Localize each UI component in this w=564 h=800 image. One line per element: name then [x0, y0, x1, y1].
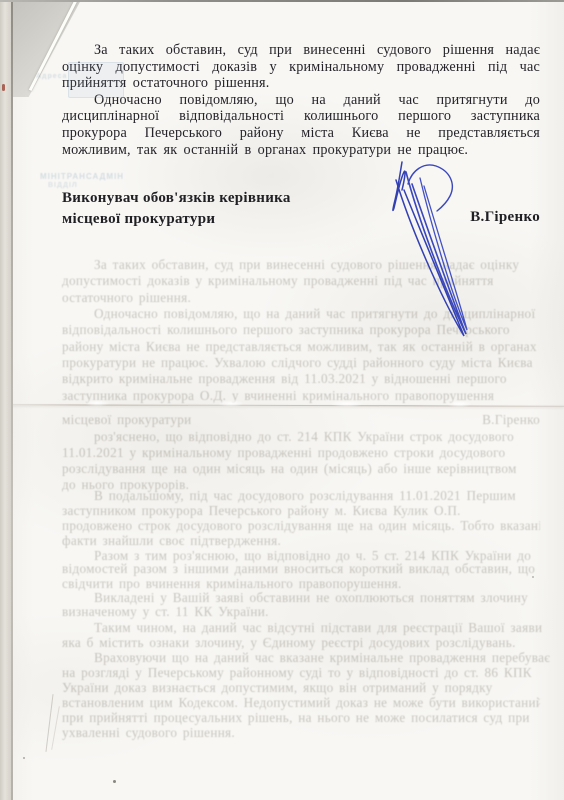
bleedthrough-line: на розгляді у Печерському районному суді… [62, 665, 540, 680]
bleedthrough-line: заступником прокурора Печерського району… [62, 503, 540, 518]
paper-speck [23, 757, 25, 759]
paragraph-2: Одночасно повідомляю, що на даний час пр… [62, 92, 540, 158]
stamp-bleed-box [68, 62, 124, 98]
paper-speck [532, 576, 534, 578]
paper-scratch [51, 706, 60, 750]
bleedthrough-line: свідчити про вчинення кримінального прав… [62, 576, 540, 591]
bleedthrough-line: Таким чином, на даний час відсутні підст… [62, 620, 564, 635]
scan-left-edge [0, 0, 11, 800]
stamp-bleed-text: Адреса [36, 73, 67, 80]
bleedthrough-line: Враховуючи що на даний час вказане кримі… [62, 650, 564, 665]
bleedthrough-line: прокуратури не працює. Ухвалою слідчого … [62, 355, 540, 370]
paper-speck [113, 780, 116, 783]
scan-top-edge [0, 0, 564, 2]
fold-highlight [218, 400, 244, 407]
bleedthrough-line: В подальшому, під час досудового розслід… [62, 488, 564, 503]
fold-highlight [84, 399, 110, 406]
red-ink-speck [2, 84, 5, 91]
bleedthrough-line: Разом з тим роз'яснюю, що відповідно до … [62, 548, 564, 563]
bleedthrough-line: продовжено строк досудового розслідуванн… [62, 518, 540, 533]
scanned-letter-page: За таких обставин, суд при винесенні суд… [0, 0, 564, 800]
bleedthrough-line: при прийнятті процесуальних рішень, на н… [62, 710, 540, 725]
fold-highlight [330, 400, 364, 407]
bleedthrough-line: роз'яснено, що відповідно до ст. 214 КПК… [62, 429, 564, 444]
handwritten-signature-ink [378, 158, 478, 348]
bleedthrough-line: України доказ визнається допустимим, якщ… [62, 680, 540, 695]
scan-left-edge-line [11, 0, 13, 800]
bleedthrough-line: В.Гіренко [62, 412, 540, 427]
bleedthrough-line: до нього прокурорів. [62, 477, 540, 492]
bleedthrough-line: відкрито кримінальне провадження від 11.… [62, 371, 540, 386]
bleedthrough-line: встановленим цим Кодексом. Недопустимий … [62, 695, 540, 710]
stamp-bleed-text: МІНІТРАНСАДМІН [40, 172, 124, 181]
bleedthrough-line: факти знайшли своє підтвердження. [62, 533, 540, 548]
bleedthrough-line: Одночасно повідомляю, що на даний час пр… [62, 306, 564, 321]
bleedthrough-line: місцевої прокуратури [62, 412, 540, 427]
stamp-bleed-text: ВІДДІЛ [48, 182, 78, 189]
bleedthrough-line: За таких обставин, суд при винесенні суд… [62, 257, 564, 272]
bleedthrough-line: визначеному у ст. 11 КК України. [62, 604, 540, 619]
letter-body: За таких обставин, суд при винесенні суд… [62, 42, 540, 158]
bleedthrough-line: ухваленні судового рішення. [62, 725, 540, 740]
bleedthrough-line: 11.01.2021 у кримінальному провадженні п… [62, 445, 540, 460]
bleedthrough-line: Викладені у Вашій заяві обставини не охо… [62, 590, 564, 605]
bleedthrough-line: яка б містить ознаки злочину, у Єдиному … [62, 635, 540, 650]
paragraph-1: За таких обставин, суд при винесенні суд… [62, 42, 540, 92]
fold-highlight [446, 400, 472, 407]
bleedthrough-line: розслідування ще на один місяць на один … [62, 461, 540, 476]
bleedthrough-line: відомостей разом з іншими даними вносить… [62, 561, 540, 576]
fold-crease [0, 402, 564, 409]
